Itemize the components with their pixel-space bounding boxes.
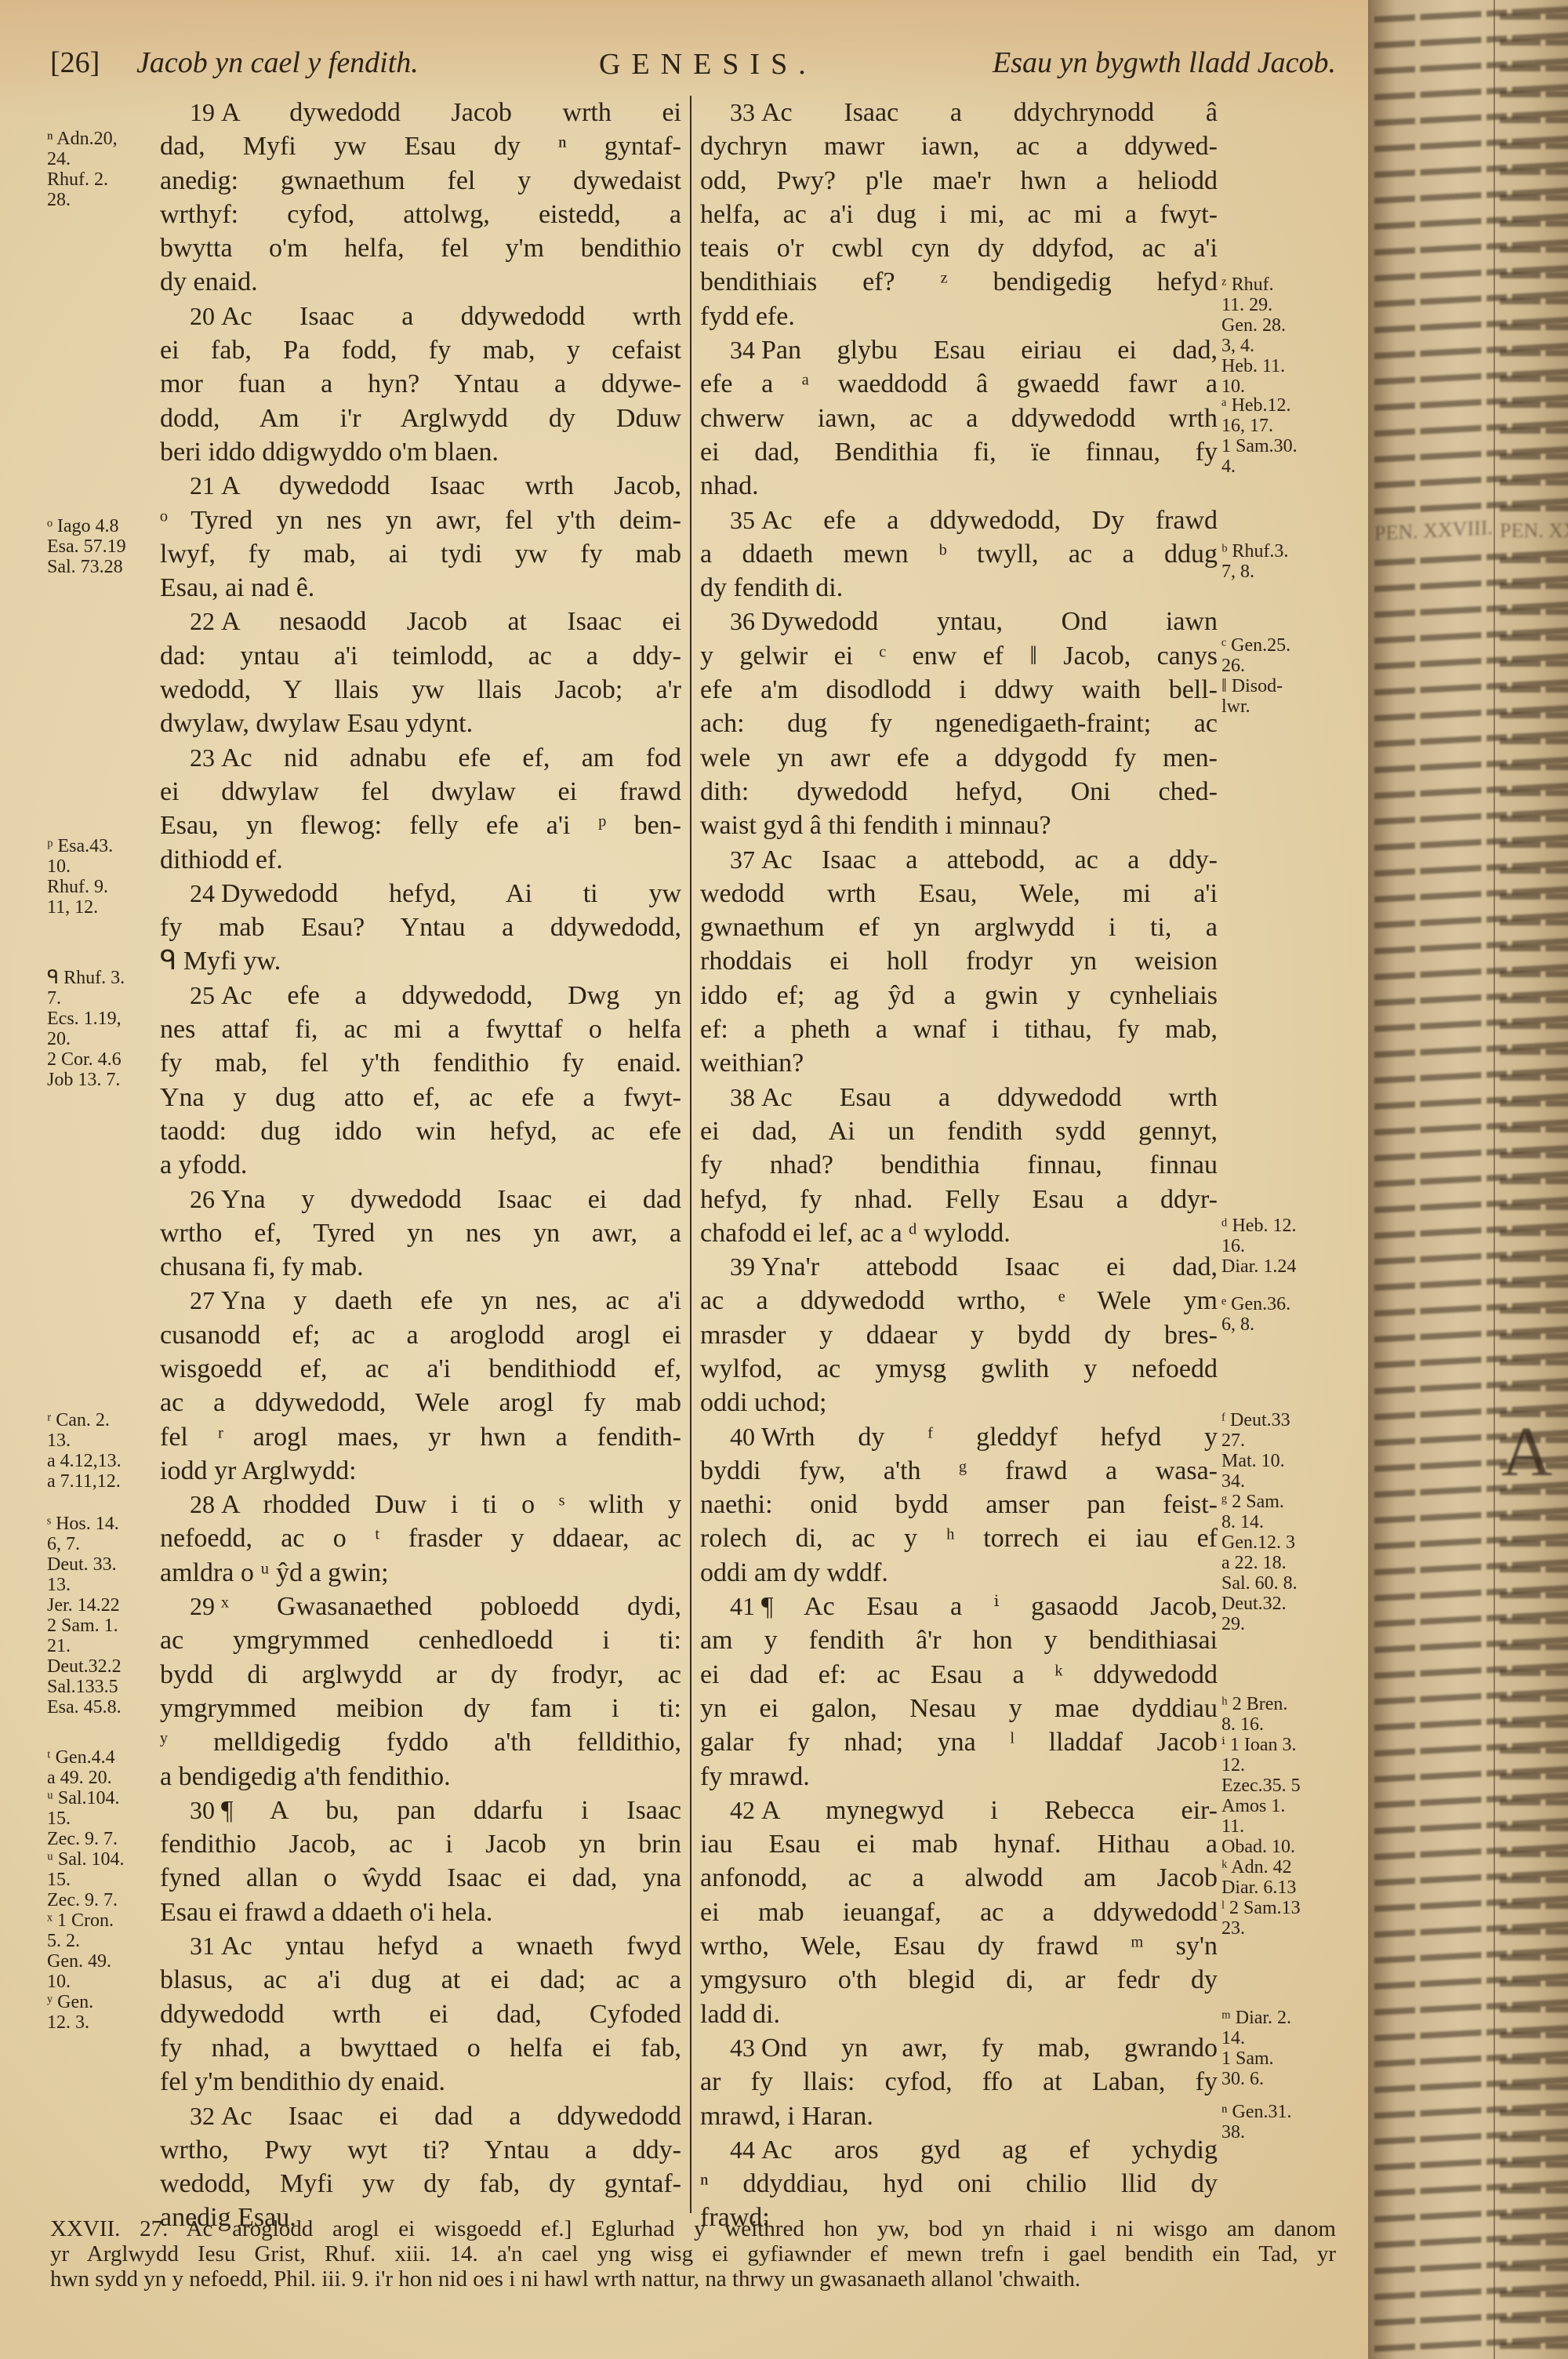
verse-line: galar fy nhad; yna ˡ lladdaf Jacob — [700, 1725, 1218, 1759]
verse: 26Yna y dywedodd Isaac ei dadwrtho ef, T… — [160, 1183, 681, 1285]
verse-line: 41¶ Ac Esau a ⁱ gasaodd Jacob, — [700, 1590, 1218, 1623]
cross-reference-line: 2 Sam. 1. — [47, 1616, 157, 1636]
cross-reference-line: Ecs. 1.19, — [47, 1009, 157, 1029]
cross-reference-line: ᵍ 2 Sam. — [1221, 1492, 1363, 1512]
cross-reference-line: ʰ 2 Bren. — [1221, 1694, 1363, 1714]
cross-reference-line: 24. — [47, 149, 157, 169]
cross-reference-line: 6, 7. — [47, 1534, 157, 1554]
verse: 34Pan glybu Esau eiriau ei dad,efe a ᵃ w… — [700, 333, 1218, 503]
verse-line: fel y'm bendithio dy enaid. — [160, 2065, 681, 2099]
cross-reference-note: ʰ 2 Bren.8. 16.ⁱ 1 Ioan 3.12.Ezec.35. 5A… — [1221, 1694, 1363, 1939]
cross-reference-line: Mat. 10. — [1221, 1451, 1363, 1471]
verse-number: 23 — [160, 741, 221, 775]
verse-number: 36 — [700, 605, 761, 638]
cross-reference-line: 4. — [1221, 456, 1363, 477]
verse-text: Yna y daeth efe yn nes, ac a'i — [221, 1286, 681, 1315]
cross-reference-line: ᵉ Gen.36. — [1221, 1294, 1363, 1314]
cross-reference-line: 11. 29. — [1221, 295, 1363, 315]
verse-line: 33Ac Isaac a ddychrynodd â — [700, 96, 1218, 129]
verse-line: Esau, ai nad ê. — [160, 571, 681, 605]
cross-reference-line: ‖ Disod- — [1221, 676, 1363, 696]
verse: 30¶ A bu, pan ddarfu i Isaacfendithio Ja… — [160, 1794, 681, 1929]
cross-reference-line: 10. — [47, 1972, 157, 1992]
cross-reference-line: 1 Sam.30. — [1221, 436, 1363, 456]
cross-reference-line: ᵘ Sal.104. — [47, 1788, 157, 1808]
verse-line: ei dad, Ai un fendith sydd gennyt, — [700, 1114, 1218, 1148]
verse-line: mrasder y ddaear y bydd dy bres- — [700, 1318, 1218, 1352]
cross-reference-line: ᵃ Heb.12. — [1221, 395, 1363, 416]
cross-reference-line: 8. 14. — [1221, 1512, 1363, 1532]
verse-line: 39Yna'r attebodd Isaac ei dad, — [700, 1250, 1218, 1284]
verse-number: 19 — [160, 96, 221, 129]
verse-line: bendithiais ef? ᶻ bendigedig hefyd — [700, 265, 1218, 299]
verse-line: a yfodd. — [160, 1148, 681, 1182]
verse-line: 22A nesaodd Jacob at Isaac ei — [160, 605, 681, 638]
verse-line: 31Ac yntau hefyd a wnaeth fwyd — [160, 1929, 681, 1963]
verse-line: 26Yna y dywedodd Isaac ei dad — [160, 1183, 681, 1216]
verse-number: 30 — [160, 1794, 221, 1827]
cross-reference-note: ᵒ Iago 4.8Esa. 57.19Sal. 73.28 — [47, 516, 157, 577]
cross-reference-line: 13. — [47, 1575, 157, 1595]
verse-line: blasus, ac a'i dug at ei dad; ac a — [160, 1963, 681, 1997]
facing-page-drop-cap: A — [1501, 1412, 1552, 1492]
verse-text: Ac nid adnabu efe ef, am fod — [221, 743, 681, 772]
verse-number: 39 — [700, 1250, 761, 1284]
verse-line: ach: dug fy ngenedigaeth-fraint; ac — [700, 707, 1218, 740]
footnote-line: hwn sydd yn y nefoedd, Phil. iii. 9. i'r… — [50, 2266, 1336, 2292]
verse-line: lwyf, fy mab, ai tydi yw fy mab — [160, 537, 681, 571]
verse-line: taodd: dug iddo win hefyd, ac efe — [160, 1114, 681, 1148]
right-text-column: 33Ac Isaac a ddychrynodd âdychryn mawr i… — [700, 96, 1218, 2235]
verse-line: 32Ac Isaac ei dad a ddywedodd — [160, 2099, 681, 2133]
cross-reference-line: 29. — [1221, 1614, 1363, 1634]
verse-line: fy mrawd. — [700, 1760, 1218, 1794]
verse: 29ˣ Gwasanaethed pobloedd dydi,ac ymgrym… — [160, 1590, 681, 1794]
verse-line: Yna y dug atto ef, ac efe a fwyt- — [160, 1081, 681, 1114]
verse-line: weithian? — [700, 1046, 1218, 1080]
cross-reference-note: ᶠ Deut.3327.Mat. 10.34.ᵍ 2 Sam.8. 14.Gen… — [1221, 1410, 1363, 1634]
verse: 32Ac Isaac ei dad a ddywedoddwrtho, Pwy … — [160, 2099, 681, 2235]
verse-line: iodd yr Arglwydd: — [160, 1454, 681, 1488]
verse: 27Yna y daeth efe yn nes, ac a'icusanodd… — [160, 1284, 681, 1488]
cross-reference-line: 12. 3. — [47, 2012, 157, 2033]
verse-line: ymgysuro o'th blegid di, ar fedr dy — [700, 1963, 1218, 1997]
verse-line: dodd, Am i'r Arglwydd dy Dduw — [160, 402, 681, 435]
verse-line: teais o'r cwbl cyn dy ddyfod, ac a'i — [700, 231, 1218, 265]
cross-reference-line: ᑫ Rhuf. 3. — [47, 968, 157, 988]
verse-line: wedodd, Myfi yw dy fab, dy gyntaf- — [160, 2167, 681, 2201]
verse: 43Ond yn awr, fy mab, gwrandoar fy llais… — [700, 2031, 1218, 2133]
verse-text: Ac Isaac a ddychrynodd â — [761, 98, 1218, 127]
bible-page: [26] Jacob yn cael y fendith. GENESIS. E… — [0, 0, 1380, 2359]
verse-line: amldra o ᵘ ŷd a gwin; — [160, 1556, 681, 1590]
cross-reference-line: 5. 2. — [47, 1931, 157, 1951]
verse-line: 36Dywedodd yntau, Ond iawn — [700, 605, 1218, 638]
verse-line: ᵒ Tyred yn nes yn awr, fel y'th deim- — [160, 503, 681, 537]
cross-reference-line: 27. — [1221, 1430, 1363, 1451]
verse-line: wedodd, Y llais yw llais Jacob; a'r — [160, 673, 681, 707]
verse-line: Esau, yn flewog: felly efe a'i ᵖ ben- — [160, 809, 681, 842]
cross-reference-line: 23. — [1221, 1918, 1363, 1939]
verse-line: Esau ei frawd a ddaeth o'i hela. — [160, 1896, 681, 1929]
verse-number: 38 — [700, 1081, 761, 1114]
verse-text: Ac Isaac ei dad a ddywedodd — [221, 2102, 681, 2131]
verse-line: oddi uchod; — [700, 1386, 1218, 1419]
cross-reference-line: Sal.133.5 — [47, 1677, 157, 1697]
verse-line: ac a ddywedodd, Wele arogl fy mab — [160, 1386, 681, 1419]
verse-line: nes attaf fi, ac mi a fwyttaf o helfa — [160, 1012, 681, 1046]
verse: 25Ac efe a ddywedodd, Dwg ynnes attaf fi… — [160, 979, 681, 1183]
cross-reference-line: 12. — [1221, 1755, 1363, 1776]
verse-line: rolech di, ac y ʰ torrech ei iau ef — [700, 1521, 1218, 1555]
cross-reference-line: Gen. 28. — [1221, 315, 1363, 336]
verse-line: 25Ac efe a ddywedodd, Dwg yn — [160, 979, 681, 1012]
verse-number: 26 — [160, 1183, 221, 1216]
verse: 39Yna'r attebodd Isaac ei dad,ac a ddywe… — [700, 1250, 1218, 1419]
verse: 31Ac yntau hefyd a wnaeth fwydblasus, ac… — [160, 1929, 681, 2099]
verse-number: 20 — [160, 300, 221, 333]
verse-line: wrtho, Pwy wyt ti? Yntau a ddy- — [160, 2133, 681, 2167]
verse-line: hefyd, fy nhad. Felly Esau a ddyr- — [700, 1183, 1218, 1216]
cross-reference-line: 10. — [1221, 376, 1363, 397]
verse-line: odd, Pwy? p'le mae'r hwn a heliodd — [700, 164, 1218, 198]
verse-line: cusanodd ef; ac a aroglodd arogl ei — [160, 1318, 681, 1352]
footnote-line: XXVII. 27. Ac aroglodd arogl ei wisgoedd… — [50, 2216, 1336, 2241]
cross-reference-line: ᵐ Diar. 2. — [1221, 2008, 1363, 2028]
cross-reference-note: ˢ Hos. 14.6, 7.Deut. 33.13.Jer. 14.222 S… — [47, 1514, 157, 1717]
cross-reference-line: ⁿ Adn.20, — [47, 129, 157, 149]
cross-reference-line: Esa. 45.8. — [47, 1697, 157, 1717]
facing-page-curl: ▬▬ ▬▬▬ ▬ ▬▬▬▬ ▬▬ ▬▬▬ ▬ ▬▬▬▬ ▬▬ ▬▬▬ ▬ ▬▬▬… — [1368, 0, 1568, 2359]
verse-line: dychryn mawr iawn, ac a ddywed- — [700, 129, 1218, 163]
verse-line: wisgoedd ef, ac a'i bendithiodd ef, — [160, 1352, 681, 1386]
verse: 35Ac efe a ddywedodd, Dy frawda ddaeth m… — [700, 503, 1218, 605]
cross-reference-line: 26. — [1221, 656, 1363, 676]
verse: 36Dywedodd yntau, Ond iawny gelwir ei ᶜ … — [700, 605, 1218, 842]
verse-line: chwerw iawn, ac a ddywedodd wrth — [700, 402, 1218, 435]
cross-reference-line: ᶠ Deut.33 — [1221, 1410, 1363, 1430]
verse-number: 31 — [160, 1929, 221, 1963]
cross-reference-line: ⁱ 1 Ioan 3. — [1221, 1735, 1363, 1755]
verse-text: Ac aros gyd ag ef ychydig — [761, 2135, 1218, 2165]
verse-line: bydd di arglwydd ar dy frodyr, ac — [160, 1658, 681, 1692]
cross-reference-line: Zec. 9. 7. — [47, 1829, 157, 1849]
verse-number: 28 — [160, 1488, 221, 1521]
verse-line: mor fuan a hyn? Yntau a ddywe- — [160, 367, 681, 401]
verse-line: chafodd ei lef, ac a ᵈ wylodd. — [700, 1216, 1218, 1250]
cross-reference-line: ˣ 1 Cron. — [47, 1910, 157, 1931]
cross-reference-line: Rhuf. 2. — [47, 169, 157, 190]
verse-line: wedodd wrth Esau, Wele, mi a'i — [700, 877, 1218, 911]
verse-number: 44 — [700, 2133, 761, 2167]
verse-line: 29ˣ Gwasanaethed pobloedd dydi, — [160, 1590, 681, 1623]
verse-line: yn ei galon, Nesau y mae dyddiau — [700, 1692, 1218, 1725]
cross-reference-line: Gen.12. 3 — [1221, 1532, 1363, 1553]
verse: 33Ac Isaac a ddychrynodd âdychryn mawr i… — [700, 96, 1218, 333]
verse-text: A nesaodd Jacob at Isaac ei — [221, 607, 681, 636]
cross-reference-line: 16. — [1221, 1236, 1363, 1256]
verse-line: oddi am dy wddf. — [700, 1556, 1218, 1590]
cross-reference-line: ᵘ Sal. 104. — [47, 1849, 157, 1870]
column-divider — [690, 96, 691, 2213]
cross-reference-line: ʳ Can. 2. — [47, 1410, 157, 1430]
cross-reference-note: ʳ Can. 2.13.a 4.12,13.a 7.11,12. — [47, 1410, 157, 1492]
verse-line: wrthyf: cyfod, attolwg, eistedd, a — [160, 198, 681, 231]
cross-reference-line: ˡ 2 Sam.13 — [1221, 1898, 1363, 1918]
cross-reference-line: 2 Cor. 4.6 — [47, 1049, 157, 1070]
verse-line: dwylaw, dwylaw Esau ydynt. — [160, 707, 681, 740]
verse-number: 33 — [700, 96, 761, 129]
cross-reference-line: ᵒ Iago 4.8 — [47, 516, 157, 536]
cross-reference-line: Obad. 10. — [1221, 1837, 1363, 1857]
verse-line: fy mab, fel y'th fendithio fy enaid. — [160, 1046, 681, 1080]
verse-line: ei fab, Pa fodd, fy mab, y cefaist — [160, 333, 681, 367]
verse-line: am y fendith â'r hon y bendithiasai — [700, 1623, 1218, 1657]
verse: 19A dywedodd Jacob wrth eidad, Myfi yw E… — [160, 96, 681, 300]
cross-reference-line: a 7.11,12. — [47, 1471, 157, 1492]
cross-reference-note: ᶻ Rhuf.11. 29.Gen. 28.3, 4.Heb. 11.10. — [1221, 274, 1363, 397]
verse-line: 34Pan glybu Esau eiriau ei dad, — [700, 333, 1218, 367]
verse-number: 35 — [700, 503, 761, 537]
verse-text: ˣ Gwasanaethed pobloedd dydi, — [221, 1592, 681, 1621]
cross-reference-line: 15. — [47, 1870, 157, 1890]
verse-line: 27Yna y daeth efe yn nes, ac a'i — [160, 1284, 681, 1318]
verse-number: 43 — [700, 2031, 761, 2065]
verse-text: A mynegwyd i Rebecca eir- — [761, 1796, 1218, 1825]
verse-line: rhoddais ei holl frodyr yn weision — [700, 944, 1218, 978]
verse-line: dad: yntau a'i teimlodd, ac a ddy- — [160, 639, 681, 673]
verse-line: anfonodd, ac a alwodd am Jacob — [700, 1861, 1218, 1895]
verse: 38Ac Esau a ddywedodd wrthei dad, Ai un … — [700, 1081, 1218, 1250]
cross-reference-line: Gen. 49. — [47, 1951, 157, 1972]
verse-text: A rhodded Duw i ti o ˢ wlith y — [221, 1490, 681, 1519]
cross-reference-line: Zec. 9. 7. — [47, 1890, 157, 1910]
cross-reference-line: 30. 6. — [1221, 2069, 1363, 2089]
verse-text: ¶ A bu, pan ddarfu i Isaac — [221, 1796, 681, 1825]
verse-line: dy fendith di. — [700, 571, 1218, 605]
verse-text: Dywedodd yntau, Ond iawn — [761, 607, 1218, 636]
book-title: GENESIS. — [599, 47, 817, 82]
cross-reference-line: Deut.32.2 — [47, 1656, 157, 1677]
cross-reference-line: 7, 8. — [1221, 562, 1363, 582]
verse: 20Ac Isaac a ddywedodd wrthei fab, Pa fo… — [160, 300, 681, 469]
verse-line: dithiodd ef. — [160, 843, 681, 877]
cross-reference-line: Sal. 73.28 — [47, 557, 157, 577]
verse-line: ac ymgrymmed cenhedloedd i ti: — [160, 1623, 681, 1657]
cross-reference-note: ᵐ Diar. 2.14.1 Sam.30. 6. — [1221, 2008, 1363, 2089]
verse: 22A nesaodd Jacob at Isaac eidad: yntau … — [160, 605, 681, 740]
verse-line: mrawd, i Haran. — [700, 2099, 1218, 2133]
cross-reference-note: ⁿ Gen.31.38. — [1221, 2102, 1363, 2143]
verse-line: nefoedd, ac o ᵗ frasder y ddaear, ac — [160, 1521, 681, 1555]
cross-reference-line: ᵇ Rhuf.3. — [1221, 541, 1363, 562]
verse-line: fendithio Jacob, ac i Jacob yn brin — [160, 1827, 681, 1861]
cross-reference-line: 38. — [1221, 2122, 1363, 2143]
verse-line: 38Ac Esau a ddywedodd wrth — [700, 1081, 1218, 1114]
verse-line: dith: dywedodd hefyd, Oni ched- — [700, 775, 1218, 809]
verse: 37Ac Isaac a attebodd, ac a ddy-wedodd w… — [700, 843, 1218, 1081]
verse-line: ʸ melldigedig fyddo a'th felldithio, — [160, 1725, 681, 1759]
left-text-column: 19A dywedodd Jacob wrth eidad, Myfi yw E… — [160, 96, 681, 2235]
verse-line: efe a ᵃ waeddodd â gwaedd fawr a — [700, 367, 1218, 401]
cross-reference-line: Esa. 57.19 — [47, 536, 157, 557]
verse-text: Ac yntau hefyd a wnaeth fwyd — [221, 1932, 681, 1961]
cross-reference-line: Jer. 14.22 — [47, 1595, 157, 1616]
verse-number: 22 — [160, 605, 221, 638]
cross-reference-line: ᶜ Gen.25. — [1221, 635, 1363, 656]
verse-text: Wrth dy ᶠ gleddyf hefyd y — [761, 1423, 1218, 1452]
left-running-title: Jacob yn cael y fendith. — [136, 45, 419, 80]
verse-line: 42A mynegwyd i Rebecca eir- — [700, 1794, 1218, 1827]
verse-line: dad, Myfi yw Esau dy ⁿ gyntaf- — [160, 129, 681, 163]
footnote-line: yr Arglwydd Iesu Grist, Rhuf. xiii. 14. … — [50, 2241, 1336, 2266]
cross-reference-line: a 4.12,13. — [47, 1451, 157, 1471]
cross-reference-line: 8. 16. — [1221, 1714, 1363, 1735]
verse: 42A mynegwyd i Rebecca eir-iau Esau ei m… — [700, 1794, 1218, 2031]
verse-number: 41 — [700, 1590, 761, 1623]
cross-reference-note: ᵈ Heb. 12.16.Diar. 1.24 — [1221, 1216, 1363, 1277]
cross-reference-note: ᵉ Gen.36.6, 8. — [1221, 1294, 1363, 1335]
verse-text: Ac efe a ddywedodd, Dwg yn — [221, 981, 681, 1010]
verse-line: ⁿ ddyddiau, hyd oni chilio llid dy — [700, 2167, 1218, 2201]
cross-reference-note: ⁿ Adn.20,24.Rhuf. 2.28. — [47, 129, 157, 210]
cross-reference-line: 6, 8. — [1221, 1314, 1363, 1335]
verse-line: fy nhad, a bwyttaed o helfa ei fab, — [160, 2031, 681, 2065]
verse-line: ar fy llais: cyfod, ffo at Laban, fy — [700, 2065, 1218, 2099]
verse-line: fel ʳ arogl maes, yr hwn a fendith- — [160, 1420, 681, 1454]
verse-text: A dywedodd Jacob wrth ei — [221, 98, 681, 127]
verse-line: ef: a pheth a wnaf i tithau, fy mab, — [700, 1012, 1218, 1046]
verse-text: Ac Isaac a attebodd, ac a ddy- — [761, 845, 1218, 874]
facing-page-text-blurred: ▬▬ ▬▬▬ ▬ ▬▬▬▬ ▬▬ ▬▬▬ ▬ ▬▬▬▬ ▬▬ ▬▬▬ ▬ ▬▬▬… — [1374, 0, 1492, 2359]
cross-reference-note: ᵇ Rhuf.3.7, 8. — [1221, 541, 1363, 582]
verse-number: 25 — [160, 979, 221, 1012]
verse-line: 43Ond yn awr, fy mab, gwrando — [700, 2031, 1218, 2065]
verse-text: Ac Isaac a ddywedodd wrth — [221, 302, 681, 331]
cross-reference-line: 15. — [47, 1808, 157, 1829]
cross-reference-line: 13. — [47, 1430, 157, 1451]
verse-number: 29 — [160, 1590, 221, 1623]
verse-line: iau Esau ei mab hynaf. Hithau a — [700, 1827, 1218, 1861]
cross-reference-line: ˢ Hos. 14. — [47, 1514, 157, 1534]
verse-line: wrtho ef, Tyred yn nes yn awr, a — [160, 1216, 681, 1250]
cross-reference-line: ᵏ Adn. 42 — [1221, 1857, 1363, 1877]
verse-line: ladd di. — [700, 1997, 1218, 2031]
verse-line: 40Wrth dy ᶠ gleddyf hefyd y — [700, 1420, 1218, 1454]
cross-reference-line: a 49. 20. — [47, 1768, 157, 1788]
cross-reference-note: ᵃ Heb.12.16, 17.1 Sam.30.4. — [1221, 395, 1363, 477]
verse: 41¶ Ac Esau a ⁱ gasaodd Jacob,am y fendi… — [700, 1590, 1218, 1794]
verse-line: 30¶ A bu, pan ddarfu i Isaac — [160, 1794, 681, 1827]
cross-reference-line: Amos 1. — [1221, 1796, 1363, 1816]
facing-page-text-blurred: ▬▬ ▬▬▬ ▬ ▬▬▬▬ ▬▬ ▬▬▬ ▬ ▬▬▬▬ ▬▬ ▬▬▬ ▬ ▬▬▬… — [1500, 0, 1568, 2359]
verse-line: ei dad ef: ac Esau a ᵏ ddywedodd — [700, 1658, 1218, 1692]
verse-line: byddi fyw, a'th ᵍ frawd a wasa- — [700, 1454, 1218, 1488]
verse-line: ac a ddywedodd wrtho, ᵉ Wele ym — [700, 1284, 1218, 1318]
verse-line: ᑫ Myfi yw. — [160, 944, 681, 978]
verse-text: Dywedodd hefyd, Ai ti yw — [221, 879, 681, 908]
cross-reference-line: a 22. 18. — [1221, 1553, 1363, 1573]
verse-line: waist gyd â thi fendith i minnau? — [700, 809, 1218, 842]
verse-line: fyned allan o ŵydd Isaac ei dad, yna — [160, 1861, 681, 1895]
cross-reference-line: Rhuf. 9. — [47, 877, 157, 897]
verse-line: gwnaethum ef yn arglwydd i ti, a — [700, 911, 1218, 944]
verse-line: ymgrymmed meibion dy fam i ti: — [160, 1692, 681, 1725]
cross-reference-line: 1 Sam. — [1221, 2048, 1363, 2069]
right-running-title: Esau yn bygwth lladd Jacob. — [993, 45, 1336, 80]
verse-line: anedig: gwnaethum fel y dywedaist — [160, 164, 681, 198]
verse-line: iddo ef; ag ŷd a gwin y cynheliais — [700, 979, 1218, 1012]
cross-reference-line: ʸ Gen. — [47, 1992, 157, 2012]
cross-reference-line: ᵗ Gen.4.4 — [47, 1747, 157, 1768]
verse-number: 27 — [160, 1284, 221, 1318]
verse: 23Ac nid adnabu efe ef, am fodei ddwylaw… — [160, 741, 681, 877]
cross-reference-note: ᵗ Gen.4.4a 49. 20.ᵘ Sal.104.15.Zec. 9. 7… — [47, 1747, 157, 2033]
verse-line: chusana fi, fy mab. — [160, 1250, 681, 1284]
cross-reference-line: 7. — [47, 988, 157, 1009]
cross-reference-note: ᶜ Gen.25.26.‖ Disod-lwr. — [1221, 635, 1363, 717]
verse-line: 23Ac nid adnabu efe ef, am fod — [160, 741, 681, 775]
verse-line: fydd efe. — [700, 300, 1218, 333]
verse-line: 35Ac efe a ddywedodd, Dy frawd — [700, 503, 1218, 537]
verse-text: Ac Esau a ddywedodd wrth — [761, 1083, 1218, 1112]
verse-line: nhad. — [700, 469, 1218, 503]
verse-line: ddywedodd wrth ei dad, Cyfoded — [160, 1997, 681, 2031]
verse-text: Yna'r attebodd Isaac ei dad, — [761, 1252, 1218, 1281]
chapter-footnote: XXVII. 27. Ac aroglodd arogl ei wisgoedd… — [50, 2216, 1336, 2292]
cross-reference-line: 14. — [1221, 2028, 1363, 2048]
cross-reference-line: 11, 12. — [47, 897, 157, 918]
verse-line: helfa, ac a'i dug i mi, ac mi a fwyt- — [700, 198, 1218, 231]
verse-text: Ond yn awr, fy mab, gwrando — [761, 2034, 1218, 2063]
cross-reference-line: Deut.32. — [1221, 1594, 1363, 1614]
verse-line: efe a'm disodlodd i ddwy waith bell- — [700, 673, 1218, 707]
cross-reference-line: Heb. 11. — [1221, 356, 1363, 376]
verse-number: 24 — [160, 877, 221, 911]
verse-line: 24Dywedodd hefyd, Ai ti yw — [160, 877, 681, 911]
cross-reference-line: lwr. — [1221, 696, 1363, 717]
cross-reference-line: 34. — [1221, 1471, 1363, 1492]
verse-line: a ddaeth mewn ᵇ twyll, ac a ddug — [700, 537, 1218, 571]
verse-number: 42 — [700, 1794, 761, 1827]
cross-reference-line: Diar. 1.24 — [1221, 1256, 1363, 1277]
page-number: [26] — [50, 45, 100, 80]
verse-text: ¶ Ac Esau a ⁱ gasaodd Jacob, — [761, 1592, 1218, 1621]
verse-number: 37 — [700, 843, 761, 877]
verse-line: wele yn awr efe a ddygodd fy men- — [700, 741, 1218, 775]
cross-reference-line: 28. — [47, 190, 157, 210]
cross-reference-line: 11. — [1221, 1816, 1363, 1837]
verse-line: wylfod, ac ymysg gwlith y nefoedd — [700, 1352, 1218, 1386]
verse-number: 34 — [700, 333, 761, 367]
verse-line: dy enaid. — [160, 265, 681, 299]
verse-line: naethi: onid bydd amser pan feist- — [700, 1488, 1218, 1521]
verse-line: 44Ac aros gyd ag ef ychydig — [700, 2133, 1218, 2167]
cross-reference-line: ᶻ Rhuf. — [1221, 274, 1363, 295]
cross-reference-line: ᵖ Esa.43. — [47, 836, 157, 856]
verse-line: fy nhad? bendithia finnau, finnau — [700, 1148, 1218, 1182]
verse-line: 28A rhodded Duw i ti o ˢ wlith y — [160, 1488, 681, 1521]
cross-reference-line: Ezec.35. 5 — [1221, 1776, 1363, 1796]
verse-text: Ac efe a ddywedodd, Dy frawd — [761, 506, 1218, 535]
verse: 21A dywedodd Isaac wrth Jacob,ᵒ Tyred yn… — [160, 469, 681, 605]
running-header: [26] Jacob yn cael y fendith. GENESIS. E… — [50, 45, 1336, 85]
verse-line: ei ddwylaw fel dwylaw ei frawd — [160, 775, 681, 809]
verse-line: 37Ac Isaac a attebodd, ac a ddy- — [700, 843, 1218, 877]
cross-reference-line: Diar. 6.13 — [1221, 1877, 1363, 1898]
verse-line: ei dad, Bendithia fi, ïe finnau, fy — [700, 435, 1218, 469]
verse: 40Wrth dy ᶠ gleddyf hefyd ybyddi fyw, a'… — [700, 1420, 1218, 1590]
